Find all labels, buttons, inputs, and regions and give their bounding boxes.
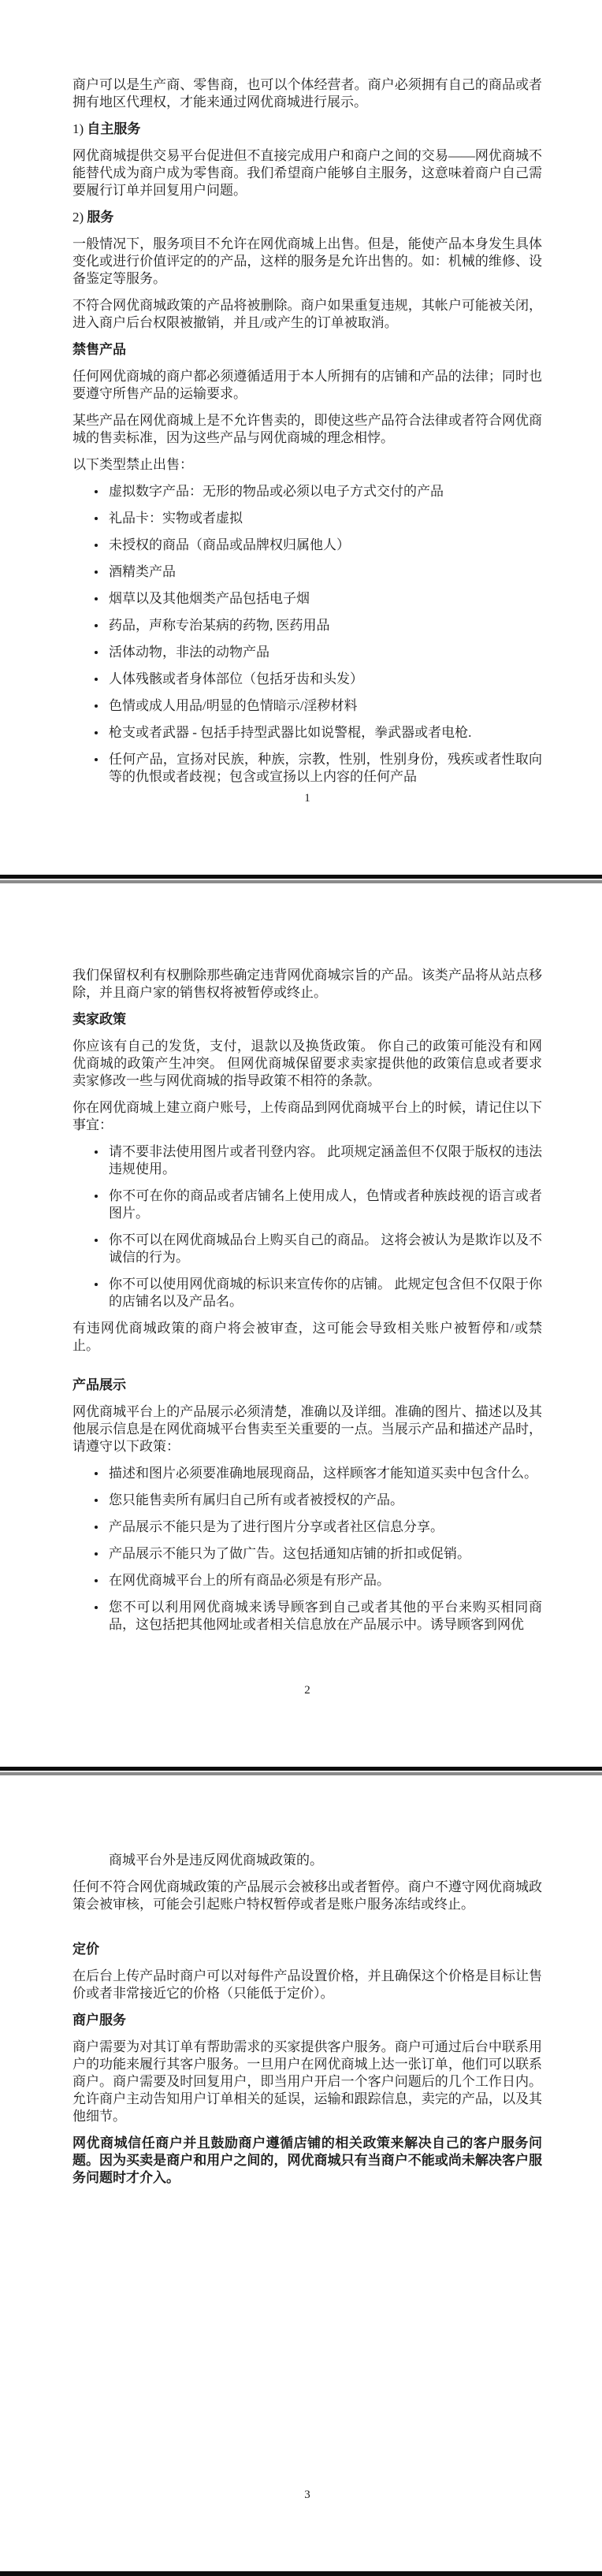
paragraph: 我们保留权利有权删除那些确定违背网优商城宗旨的产品。该类产品将从站点移除，并且商… bbox=[72, 967, 542, 1002]
bullet-item: 枪支或者武器 - 包括手持型武器比如说警棍，拳武器或者电枪. bbox=[72, 724, 542, 742]
page-separator bbox=[0, 1767, 602, 1775]
bullet-text: 您只能售卖所有属归自己所有或者被授权的产品。 bbox=[109, 1492, 403, 1507]
paragraph: 有违网优商城政策的商户将会被审查，这可能会导致相关账户被暂停和/或禁止。 bbox=[72, 1320, 542, 1355]
bullet-dot-icon bbox=[95, 544, 98, 547]
page-separator bbox=[0, 875, 602, 883]
bullet-dot-icon bbox=[95, 1579, 98, 1582]
bullet-dot-icon bbox=[95, 490, 98, 493]
section-heading: 商户服务 bbox=[72, 2012, 542, 2029]
page-number: 2 bbox=[72, 1682, 542, 1699]
bullet-dot-icon bbox=[95, 517, 98, 520]
paragraph: 商户可以是生产商、零售商，也可以个体经营者。商户必须拥有自己的商品或者拥有地区代… bbox=[72, 76, 542, 111]
bullet-dot-icon bbox=[95, 758, 98, 761]
bullet-text: 活体动物，非法的动物产品 bbox=[109, 645, 269, 660]
bullet-item: 烟草以及其他烟类产品包括电子烟 bbox=[72, 590, 542, 608]
bullet-dot-icon bbox=[95, 1150, 98, 1154]
page-number: 3 bbox=[72, 2486, 542, 2504]
bold-paragraph: 网优商城信任商户并且鼓励商户遵循店铺的相关政策来解决自己的客户服务问题。因为买卖… bbox=[72, 2135, 542, 2187]
page-number: 1 bbox=[72, 790, 542, 807]
bullet-dot-icon bbox=[95, 1526, 98, 1529]
section-heading: 禁售产品 bbox=[72, 341, 542, 359]
bullet-dot-icon bbox=[95, 624, 98, 627]
bullet-item: 产品展示不能只是为了进行图片分享或者社区信息分享。 bbox=[72, 1518, 542, 1536]
paragraph: 一般情况下，服务项目不允许在网优商城上出售。但是，能使产品本身发生具体变化或进行… bbox=[72, 236, 542, 288]
paragraph: 网优商城提供交易平台促进但不直接完成用户和商户之间的交易——网优商城不能替代成为… bbox=[72, 147, 542, 199]
bullet-dot-icon bbox=[95, 678, 98, 681]
bullet-text: 枪支或者武器 - 包括手持型武器比如说警棍，拳武器或者电枪. bbox=[109, 725, 471, 740]
bullet-item: 描述和图片必须要准确地展现商品，这样顾客才能知道买卖中包含什么。 bbox=[72, 1465, 542, 1482]
bullet-dot-icon bbox=[95, 704, 98, 708]
bottom-page-edge-bar bbox=[0, 2571, 602, 2576]
bullet-text: 任何产品，宣扬对民族，种族，宗教，性别，性别身份，残疾或者性取向等的仇恨或者歧视… bbox=[109, 752, 542, 784]
paragraph: 在后台上传产品时商户可以对每件产品设置价格，并且确保这个价格是目标让售价或者非常… bbox=[72, 1968, 542, 2002]
paragraph: 你在网优商城上建立商户账号，上传商品到网优商城平台上的时候，请记住以下事宜： bbox=[72, 1099, 542, 1134]
bullet-text: 你不可在你的商品或者店铺名上使用成人，色情或者种族歧视的语言或者图片。 bbox=[109, 1188, 542, 1221]
bullet-text: 你不可以在网优商城品台上购买自己的商品。 这将会被认为是欺诈以及不诚信的行为。 bbox=[109, 1232, 542, 1265]
section-heading: 产品展示 bbox=[72, 1377, 542, 1394]
bullet-item: 任何产品，宣扬对民族，种族，宗教，性别，性别身份，残疾或者性取向等的仇恨或者歧视… bbox=[72, 751, 542, 786]
paragraph: 以下类型禁止出售： bbox=[72, 456, 542, 474]
bullet-text: 人体残骸或者身体部位（包括牙齿和头发） bbox=[109, 671, 363, 686]
bullet-text: 虚拟数字产品：无形的物品或必须以电子方式交付的产品 bbox=[109, 484, 444, 499]
bullet-text: 描述和图片必须要准确地展现商品，这样顾客才能知道买卖中包含什么。 bbox=[109, 1466, 537, 1481]
bullet-item: 产品展示不能只为了做广告。这包括通知店铺的折扣或促销。 bbox=[72, 1545, 542, 1563]
document-page: 商户可以是生产商、零售商，也可以个体经营者。商户必须拥有自己的商品或者拥有地区代… bbox=[0, 0, 602, 875]
bullet-text: 产品展示不能只为了做广告。这包括通知店铺的折扣或促销。 bbox=[109, 1546, 470, 1561]
bullet-item: 在网优商城平台上的所有商品必须是有形产品。 bbox=[72, 1572, 542, 1589]
bullet-text: 酒精类产品 bbox=[109, 564, 176, 579]
bullet-item: 酒精类产品 bbox=[72, 563, 542, 581]
bullet-item: 未授权的商品（商品或品牌权归属他人） bbox=[72, 537, 542, 554]
bullet-dot-icon bbox=[95, 1195, 98, 1198]
bullet-text: 礼品卡：实物或者虚拟 bbox=[109, 511, 243, 526]
document-page: 商城平台外是违反网优商城政策的。任何不符合网优商城政策的产品展示会被移出或者暂停… bbox=[0, 1775, 602, 2571]
bullet-item: 药品，声称专治某病的药物, 医药用品 bbox=[72, 617, 542, 634]
bullet-item: 色情或成人用品/明显的色情暗示/淫秽材料 bbox=[72, 697, 542, 715]
paragraph: 网优商城平台上的产品展示必须清楚，准确以及详细。准确的图片、描述以及其他展示信息… bbox=[72, 1403, 542, 1455]
bullet-text: 在网优商城平台上的所有商品必须是有形产品。 bbox=[109, 1573, 390, 1588]
bullet-text: 你不可以使用网优商城的标识来宣传你的店铺。 此规定包含但不仅限于你的店铺名以及产… bbox=[109, 1277, 542, 1309]
paragraph: 任何不符合网优商城政策的产品展示会被移出或者暂停。商户不遵守网优商城政策会被审核… bbox=[72, 1879, 542, 1913]
bullet-dot-icon bbox=[95, 1552, 98, 1556]
bullet-text: 未授权的商品（商品或品牌权归属他人） bbox=[109, 537, 350, 552]
page-content: 我们保留权利有权删除那些确定违背网优商城宗旨的产品。该类产品将从站点移除，并且商… bbox=[72, 967, 542, 1634]
paragraph: 不符合网优商城政策的产品将被删除。商户如果重复违规，其帐户可能被关闭，进入商户后… bbox=[72, 297, 542, 332]
bullet-dot-icon bbox=[95, 1239, 98, 1242]
bullet-item: 请不要非法使用图片或者刊登内容。 此项规定涵盖但不仅限于版权的违法违规使用。 bbox=[72, 1143, 542, 1178]
section-heading: 1) 自主服务 bbox=[72, 121, 542, 138]
bullet-dot-icon bbox=[95, 1472, 98, 1475]
bullet-item: 你不可以在网优商城品台上购买自己的商品。 这将会被认为是欺诈以及不诚信的行为。 bbox=[72, 1232, 542, 1266]
paragraph-continuation: 商城平台外是违反网优商城政策的。 bbox=[72, 1852, 542, 1869]
heading-number: 1) bbox=[72, 121, 87, 136]
bullet-dot-icon bbox=[95, 731, 98, 734]
bullet-dot-icon bbox=[95, 597, 98, 600]
heading-text: 自主服务 bbox=[87, 121, 140, 136]
bullet-item: 你不可在你的商品或者店铺名上使用成人，色情或者种族歧视的语言或者图片。 bbox=[72, 1188, 542, 1222]
bullet-dot-icon bbox=[95, 1499, 98, 1502]
heading-text: 服务 bbox=[87, 210, 113, 225]
bullet-text: 色情或成人用品/明显的色情暗示/淫秽材料 bbox=[109, 698, 357, 713]
document-viewer: 商户可以是生产商、零售商，也可以个体经营者。商户必须拥有自己的商品或者拥有地区代… bbox=[0, 0, 602, 2576]
bullet-dot-icon bbox=[95, 651, 98, 654]
bullet-item: 虚拟数字产品：无形的物品或必须以电子方式交付的产品 bbox=[72, 483, 542, 500]
bullet-text: 产品展示不能只是为了进行图片分享或者社区信息分享。 bbox=[109, 1519, 444, 1534]
bullet-item: 你不可以使用网优商城的标识来宣传你的店铺。 此规定包含但不仅限于你的店铺名以及产… bbox=[72, 1276, 542, 1310]
heading-number: 2) bbox=[72, 210, 87, 225]
paragraph: 某些产品在网优商城上是不允许售卖的，即使这些产品符合法律或者符合网优商城的售卖标… bbox=[72, 412, 542, 447]
bullet-text: 您不可以利用网优商城来诱导顾客到自己或者其他的平台来购买相同商品，这包括把其他网… bbox=[109, 1600, 542, 1632]
paragraph: 商户需要为对其订单有帮助需求的买家提供客户服务。商户可通过后台中联系用户的功能来… bbox=[72, 2039, 542, 2125]
bullet-item: 活体动物，非法的动物产品 bbox=[72, 644, 542, 661]
section-heading: 定价 bbox=[72, 1941, 542, 1958]
bullet-dot-icon bbox=[95, 1606, 98, 1609]
page-content: 商户可以是生产商、零售商，也可以个体经营者。商户必须拥有自己的商品或者拥有地区代… bbox=[72, 76, 542, 786]
bullet-text: 烟草以及其他烟类产品包括电子烟 bbox=[109, 591, 310, 606]
paragraph: 你应该有自己的发货，支付，退款以及换货政策。 你自己的政策可能没有和网优商城的政… bbox=[72, 1038, 542, 1090]
page-content: 商城平台外是违反网优商城政策的。任何不符合网优商城政策的产品展示会被移出或者暂停… bbox=[72, 1852, 542, 2187]
bullet-item: 人体残骸或者身体部位（包括牙齿和头发） bbox=[72, 671, 542, 688]
section-heading: 2) 服务 bbox=[72, 209, 542, 226]
bullet-dot-icon bbox=[95, 571, 98, 574]
section-heading: 卖家政策 bbox=[72, 1011, 542, 1028]
document-page: 我们保留权利有权删除那些确定违背网优商城宗旨的产品。该类产品将从站点移除，并且商… bbox=[0, 883, 602, 1767]
bullet-item: 您不可以利用网优商城来诱导顾客到自己或者其他的平台来购买相同商品，这包括把其他网… bbox=[72, 1599, 542, 1634]
bullet-dot-icon bbox=[95, 1283, 98, 1286]
paragraph: 任何网优商城的商户都必须遵循适用于本人所拥有的店铺和产品的法律；同时也要遵守所售… bbox=[72, 368, 542, 403]
bullet-text: 药品，声称专治某病的药物, 医药用品 bbox=[109, 618, 330, 633]
bullet-text: 请不要非法使用图片或者刊登内容。 此项规定涵盖但不仅限于版权的违法违规使用。 bbox=[109, 1144, 542, 1176]
bullet-item: 礼品卡：实物或者虚拟 bbox=[72, 510, 542, 527]
bullet-item: 您只能售卖所有属归自己所有或者被授权的产品。 bbox=[72, 1492, 542, 1509]
